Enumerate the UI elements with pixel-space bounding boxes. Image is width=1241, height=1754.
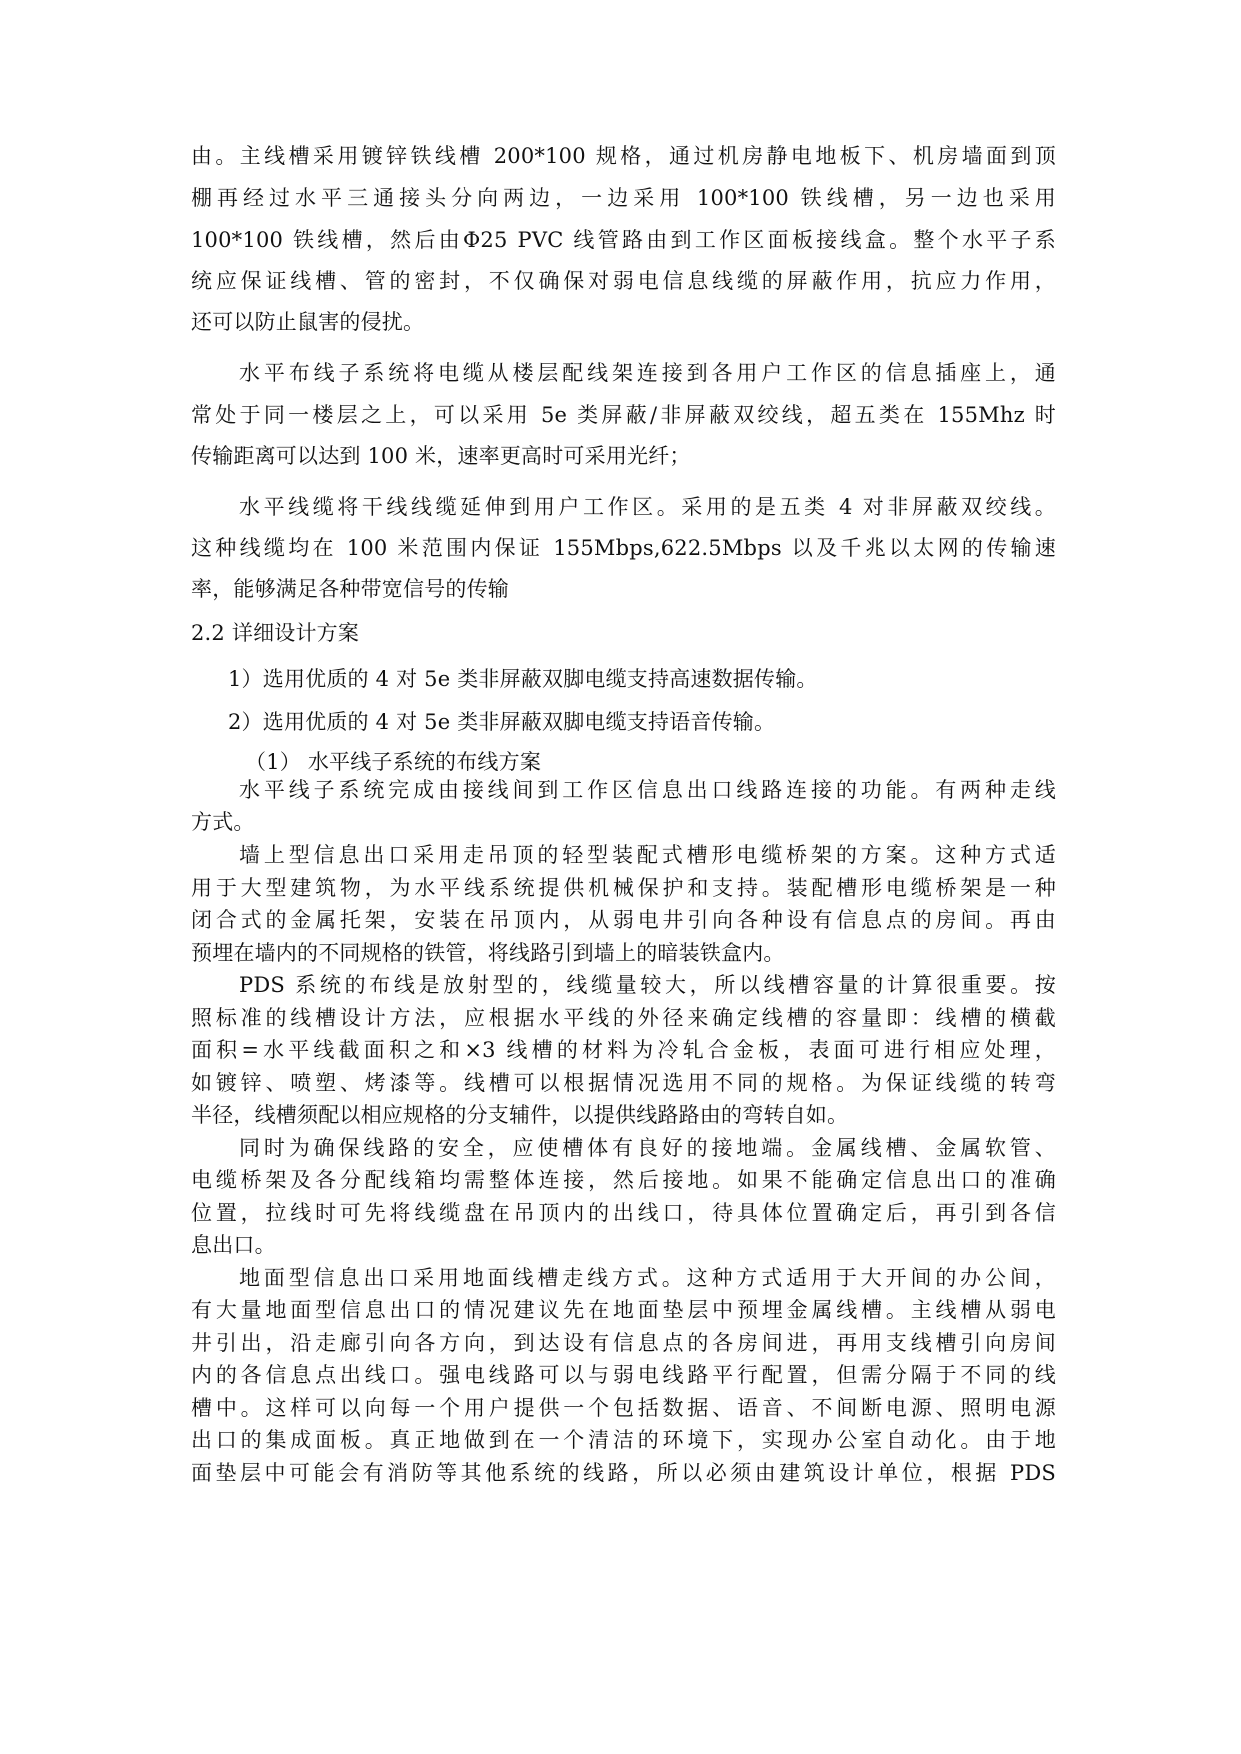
paragraph-line: 内的各信息点出线口。强电线路可以与弱电线路平行配置，但需分隔于不同的线 bbox=[191, 1361, 1056, 1389]
list-item: 1）选用优质的 4 对 5e 类非屏蔽双脚电缆支持高速数据传输。 bbox=[228, 665, 1056, 693]
paragraph-line: 由。主线槽采用镀锌铁线槽 200*100 规格，通过机房静电地板下、机房墙面到顶 bbox=[191, 142, 1056, 170]
section-heading: 2.2 详细设计方案 bbox=[191, 619, 1056, 647]
paragraph-line: 有大量地面型信息出口的情况建议先在地面垫层中预埋金属线槽。主线槽从弱电 bbox=[191, 1296, 1056, 1324]
paragraph-line: 同时为确保线路的安全，应使槽体有良好的接地端。金属线槽、金属软管、 bbox=[239, 1134, 1056, 1162]
paragraph-line: 墙上型信息出口采用走吊顶的轻型装配式槽形电缆桥架的方案。这种方式适 bbox=[239, 841, 1056, 869]
document-page: 由。主线槽采用镀锌铁线槽 200*100 规格，通过机房静电地板下、机房墙面到顶… bbox=[0, 0, 1241, 1754]
paragraph-line: 预埋在墙内的不同规格的铁管，将线路引到墙上的暗装铁盒内。 bbox=[191, 939, 1056, 967]
paragraph-line: 电缆桥架及各分配线箱均需整体连接，然后接地。如果不能确定信息出口的准确 bbox=[191, 1166, 1056, 1194]
paragraph-line: 照标准的线槽设计方法，应根据水平线的外径来确定线槽的容量即：线槽的横截 bbox=[191, 1004, 1056, 1032]
paragraph-line: 槽中。这样可以向每一个用户提供一个包括数据、语音、不间断电源、照明电源 bbox=[191, 1394, 1056, 1422]
subsection-heading: （1） 水平线子系统的布线方案 bbox=[245, 748, 1110, 776]
paragraph-line: 率，能够满足各种带宽信号的传输 bbox=[191, 575, 1056, 603]
paragraph-line: 位置，拉线时可先将线缆盘在吊顶内的出线口，待具体位置确定后，再引到各信 bbox=[191, 1199, 1056, 1227]
paragraph-line: 息出口。 bbox=[191, 1231, 1056, 1259]
paragraph-line: 水平布线子系统将电缆从楼层配线架连接到各用户工作区的信息插座上，通 bbox=[239, 359, 1056, 387]
list-item: 2）选用优质的 4 对 5e 类非屏蔽双脚电缆支持语音传输。 bbox=[228, 708, 1056, 736]
paragraph-line: 井引出，沿走廊引向各方向，到达设有信息点的各房间进，再用支线槽引向房间 bbox=[191, 1329, 1056, 1357]
paragraph-line: 闭合式的金属托架，安装在吊顶内，从弱电井引向各种设有信息点的房间。再由 bbox=[191, 906, 1056, 934]
paragraph-line: 用于大型建筑物，为水平线系统提供机械保护和支持。装配槽形电缆桥架是一种 bbox=[191, 874, 1056, 902]
paragraph-line: 统应保证线槽、管的密封，不仅确保对弱电信息线缆的屏蔽作用，抗应力作用， bbox=[191, 267, 1056, 295]
paragraph-line: 常处于同一楼层之上，可以采用 5e 类屏蔽/非屏蔽双绞线，超五类在 155Mhz… bbox=[191, 401, 1056, 429]
paragraph-line: 面积=水平线截面积之和×3 线槽的材料为冷轧合金板，表面可进行相应处理， bbox=[191, 1036, 1056, 1064]
paragraph-line: 100*100 铁线槽，然后由Φ25 PVC 线管路由到工作区面板接线盒。整个水… bbox=[191, 226, 1056, 254]
paragraph-line: 方式。 bbox=[191, 808, 1056, 836]
paragraph-line: PDS 系统的布线是放射型的，线缆量较大，所以线槽容量的计算很重要。按 bbox=[239, 971, 1056, 999]
paragraph-line: 半径，线槽须配以相应规格的分支辅件，以提供线路路由的弯转自如。 bbox=[191, 1101, 1056, 1129]
paragraph-line: 棚再经过水平三通接头分向两边，一边采用 100*100 铁线槽，另一边也采用 bbox=[191, 184, 1056, 212]
paragraph-line: 如镀锌、喷塑、烤漆等。线槽可以根据情况选用不同的规格。为保证线缆的转弯 bbox=[191, 1069, 1056, 1097]
paragraph-line: 水平线子系统完成由接线间到工作区信息出口线路连接的功能。有两种走线 bbox=[239, 776, 1056, 804]
paragraph-line: 地面型信息出口采用地面线槽走线方式。这种方式适用于大开间的办公间， bbox=[239, 1264, 1056, 1292]
paragraph-line: 水平线缆将干线线缆延伸到用户工作区。采用的是五类 4 对非屏蔽双绞线。 bbox=[239, 493, 1056, 521]
paragraph-line: 这种线缆均在 100 米范围内保证 155Mbps,622.5Mbps 以及千兆… bbox=[191, 534, 1056, 562]
paragraph-line: 面垫层中可能会有消防等其他系统的线路，所以必须由建筑设计单位，根据 PDS bbox=[191, 1459, 1056, 1487]
paragraph-line: 出口的集成面板。真正地做到在一个清洁的环境下，实现办公室自动化。由于地 bbox=[191, 1426, 1056, 1454]
paragraph-line: 还可以防止鼠害的侵扰。 bbox=[191, 308, 1056, 336]
paragraph-line: 传输距离可以达到 100 米，速率更高时可采用光纤； bbox=[191, 442, 1056, 470]
